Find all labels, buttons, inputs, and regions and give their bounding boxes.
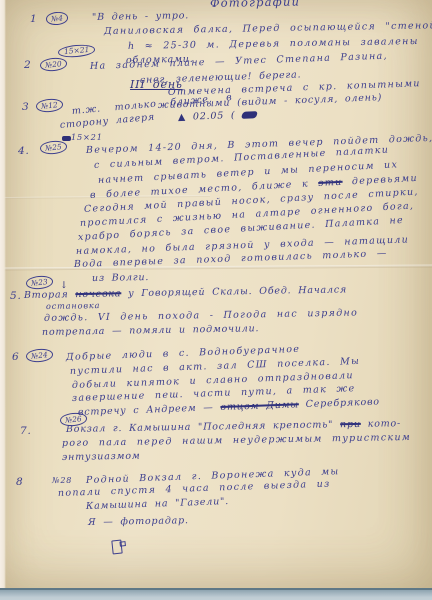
item-5-insert: остановка [46,301,100,311]
item-8-line: Я — фоторадар. [88,516,189,528]
item-4-print-size: 15×21 [62,133,103,142]
item-3-date: 02.05 ( [193,110,236,122]
struck-word: эти [318,177,343,189]
item-5-number: 5. [10,291,22,303]
struck-word: при [340,419,361,430]
scan-edge-left [0,0,6,600]
scan-edge-bottom [0,588,432,600]
triangle-icon: ▲ [178,112,186,123]
item-6-number: 6 [12,352,19,364]
page-title: Фотографии [210,0,300,10]
ink-blot [62,136,71,141]
item-8-photo-number: №28 [52,477,72,486]
item-4-number: 4. [18,146,30,158]
ink-doodle [111,540,122,555]
item-3-number: 3 [22,102,29,114]
item-8-number: 8 [16,477,23,489]
ink-blot [241,111,258,119]
struck-word: ночевка [75,288,121,300]
scanned-page: Фотографии 1 №4 "В день - утро. Даниловс… [0,0,432,600]
item-1-number: 1 [30,14,37,26]
item-2-number: 2 [24,60,31,72]
item-4-line: из Волги. [92,273,149,284]
item-7-line: энтузиазмом [62,452,141,464]
item-7-number: 7. [20,426,32,438]
item-1-line: "В день - утро. [92,11,189,23]
struck-words: отцом Димы [220,399,299,413]
